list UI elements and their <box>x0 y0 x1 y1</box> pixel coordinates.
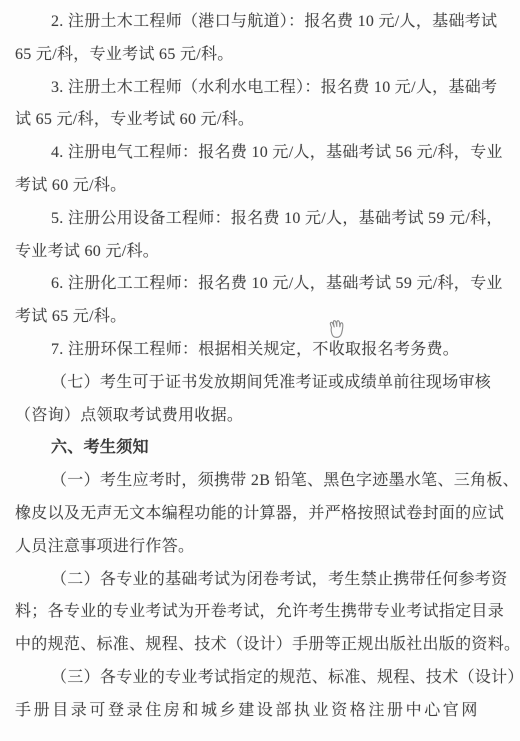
fee-item-7: 7. 注册环保工程师：根据相关规定，不收取报名考务费。 <box>15 334 506 367</box>
document-body: 2. 注册土木工程师（港口与航道）：报名费 10 元/人，基础考试65 元/科，… <box>15 6 506 728</box>
fee-item-2-line-1: 2. 注册土木工程师（港口与航道）：报名费 10 元/人，基础考试 <box>15 6 506 39</box>
fee-item-6-line-1: 6. 注册化工工程师：报名费 10 元/人，基础考试 59 元/科，专业 <box>15 268 506 301</box>
fee-item-2-line-2: 65 元/科，专业考试 65 元/科。 <box>15 39 506 72</box>
note-2-line-2: 料；各专业的专业考试为开卷考试，允许考生携带专业考试指定目录 <box>15 596 506 629</box>
fee-item-5-line-1: 5. 注册公用设备工程师：报名费 10 元/人，基础考试 59 元/科， <box>15 203 506 236</box>
clause-7-line-1: （七）考生可于证书发放期间凭准考证或成绩单前往现场审核 <box>15 367 506 400</box>
fee-item-3-line-2: 试 65 元/科，专业考试 60 元/科。 <box>15 104 506 137</box>
fee-item-4-line-2: 考试 60 元/科。 <box>15 170 506 203</box>
clause-7-line-2: （咨询）点领取考试费用收据。 <box>15 400 506 433</box>
note-2-line-1: （二）各专业的基础考试为闭卷考试，考生禁止携带任何参考资 <box>15 564 506 597</box>
fee-item-5-line-2: 专业考试 60 元/科。 <box>15 236 506 269</box>
note-2-line-3: 中的规范、标准、规程、技术（设计）手册等正规出版社出版的资料。 <box>15 629 506 662</box>
note-1-line-2: 橡皮以及无声无文本编程功能的计算器，并严格按照试卷封面的应试 <box>15 498 506 531</box>
note-1-line-3: 人员注意事项进行作答。 <box>15 531 506 564</box>
note-3-line-2: 手册目录可登录住房和城乡建设部执业资格注册中心官网 <box>15 695 506 728</box>
note-1-line-1: （一）考生应考时，须携带 2B 铅笔、黑色字迹墨水笔、三角板、 <box>15 465 506 498</box>
fee-item-3-line-1: 3. 注册土木工程师（水利水电工程）：报名费 10 元/人，基础考 <box>15 72 506 105</box>
fee-item-6-line-2: 考试 65 元/科。 <box>15 301 506 334</box>
note-3-line-1: （三）各专业的专业考试指定的规范、标准、规程、技术（设计） <box>15 662 506 695</box>
section-heading-exam-notes: 六、考生须知 <box>15 432 506 465</box>
fee-item-4-line-1: 4. 注册电气工程师：报名费 10 元/人，基础考试 56 元/科，专业 <box>15 137 506 170</box>
document-page: { "page": { "background": "#fdfdfd", "te… <box>0 0 520 741</box>
